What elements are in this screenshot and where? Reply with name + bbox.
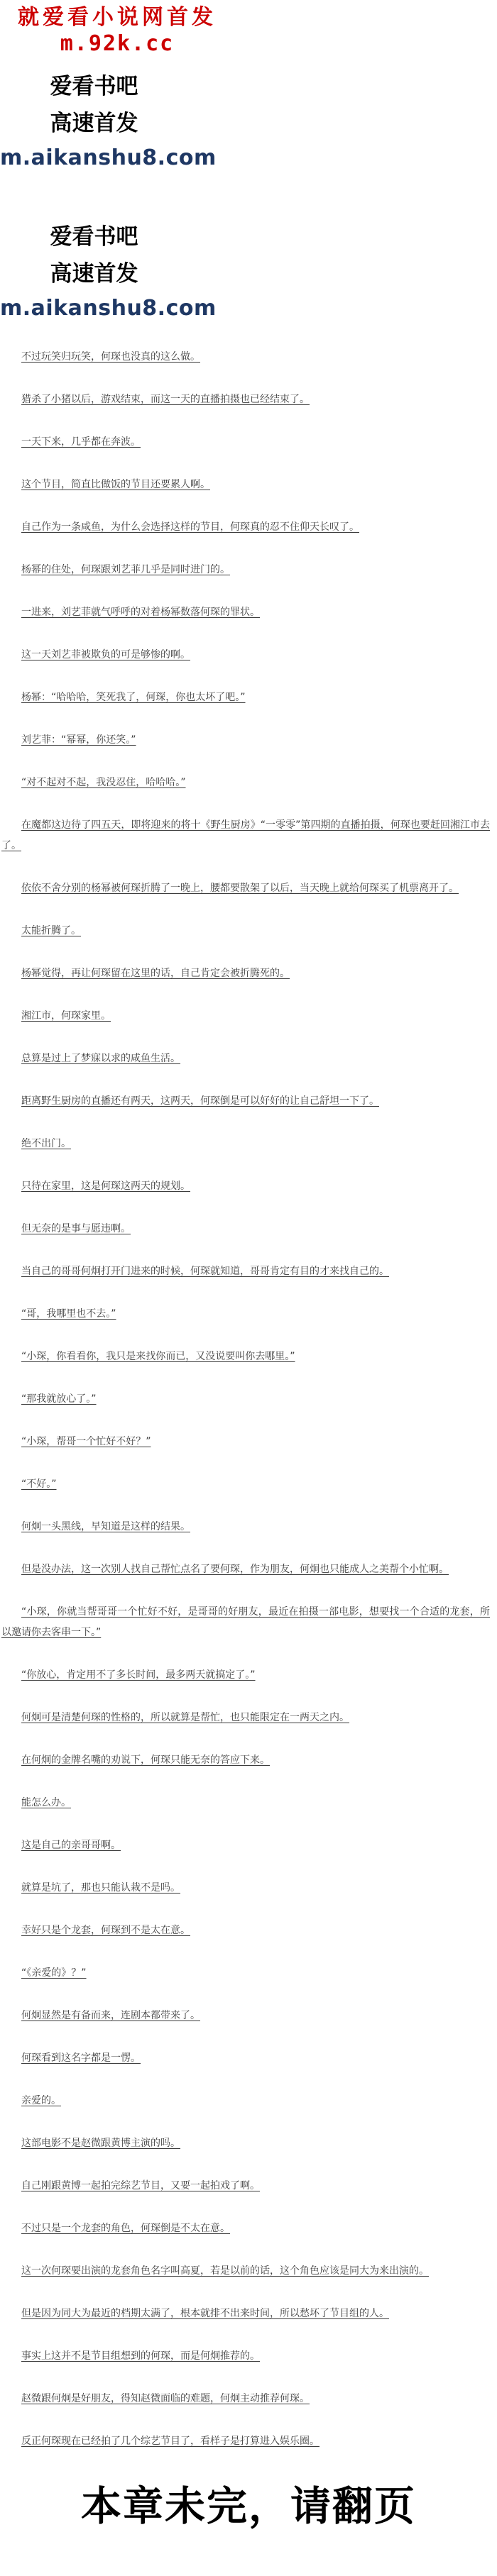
novel-paragraph: 能怎么办。 — [1, 1793, 490, 1813]
novel-paragraph: 杨幂觉得，再让何琛留在这里的话，自己肯定会被折腾死的。 — [1, 963, 490, 984]
novel-paragraph: 太能折腾了。 — [1, 921, 490, 941]
novel-paragraph: 总算是过上了梦寐以求的咸鱼生活。 — [1, 1049, 490, 1069]
novel-paragraph: 亲爱的。 — [1, 2091, 490, 2111]
novel-paragraph: “哥，我哪里也不去。” — [1, 1304, 490, 1325]
chapter-body: 不过玩笑归玩笑，何琛也没真的这么做。 猎杀了小猪以后，游戏结束，而这一天的直播拍… — [0, 347, 497, 2452]
promo-site-url: m.aikanshu8.com — [0, 292, 188, 325]
novel-paragraph: 自己刚跟黄博一起拍完综艺节目，又要一起拍戏了啊。 — [1, 2176, 490, 2196]
novel-paragraph: “对不起对不起，我没忍住，哈哈哈。” — [1, 773, 490, 793]
novel-paragraph: 幸好只是个龙套，何琛到不是太在意。 — [1, 1920, 490, 1941]
novel-paragraph: 事实上这并不是节目组想到的何琛，而是何炯推荐的。 — [1, 2346, 490, 2367]
promo-site-name: 爱看书吧 — [0, 219, 188, 255]
novel-paragraph: “小琛，帮哥一个忙好不好？” — [1, 1432, 490, 1452]
novel-paragraph: 何琛看到这名字都是一愣。 — [1, 2048, 490, 2069]
novel-paragraph: 在魔都这边待了四五天，即将迎来的将十《野生厨房》“一零零”第四期的直播拍摄，何琛… — [1, 815, 490, 856]
novel-paragraph: 依依不舍分别的杨幂被何琛折腾了一晚上，腰都要散架了以后，当天晚上就给何琛买了机票… — [1, 878, 490, 899]
novel-paragraph: 绝不出门。 — [1, 1134, 490, 1154]
novel-paragraph: “《亲爱的》？” — [1, 1963, 490, 1984]
novel-paragraph: “小琛，你就当帮哥哥一个忙好不好，是哥哥的好朋友，最近在拍摄一部电影，想要找一个… — [1, 1602, 490, 1643]
novel-paragraph: 赵微跟何炯是好朋友，得知赵微面临的难题，何炯主动推荐何琛。 — [1, 2389, 490, 2409]
novel-paragraph: 当自己的哥哥何炯打开门进来的时候，何琛就知道，哥哥肯定有目的才来找自己的。 — [1, 1261, 490, 1282]
novel-paragraph: 但无奈的是事与愿违啊。 — [1, 1219, 490, 1239]
promo-block-1: 爱看书吧 高速首发 m.aikanshu8.com — [0, 68, 188, 175]
novel-paragraph: 就算是坑了，那也只能认栽不是吗。 — [1, 1878, 490, 1898]
novel-paragraph: “你放心，肯定用不了多长时间，最多两天就搞定了。” — [1, 1665, 490, 1686]
novel-paragraph: 杨幂的住处，何琛跟刘艺菲几乎是同时进门的。 — [1, 560, 490, 580]
watermark-site-title: 就爱看小说网首发 — [0, 4, 234, 31]
novel-paragraph: 这是自己的亲哥哥啊。 — [1, 1835, 490, 1856]
promo-tagline: 高速首发 — [0, 255, 188, 292]
novel-paragraph: 这部电影不是赵微跟黄博主演的吗。 — [1, 2133, 490, 2154]
novel-paragraph: “小琛，你看看你，我只是来找你而已，又没说要叫你去哪里。” — [1, 1347, 490, 1367]
novel-paragraph: “那我就放心了。” — [1, 1389, 490, 1410]
novel-paragraph: 这个节目，简直比做饭的节目还要累人啊。 — [1, 475, 490, 495]
novel-paragraph: 但是因为同大为最近的档期太满了，根本就排不出来时间，所以愁坏了节目组的人。 — [1, 2304, 490, 2324]
page-end-notice[interactable]: 本章未完，请翻页 — [0, 2474, 497, 2532]
site-watermark: 就爱看小说网首发 m.92k.cc — [0, 0, 234, 57]
novel-paragraph: 刘艺菲：“幂幂，你还笑。” — [1, 730, 490, 751]
novel-paragraph: 一进来，刘艺菲就气呼呼的对着杨幂数落何琛的罪状。 — [1, 602, 490, 623]
promo-tagline: 高速首发 — [0, 105, 188, 142]
novel-paragraph: 在何炯的金牌名嘴的劝说下，何琛只能无奈的答应下来。 — [1, 1750, 490, 1771]
watermark-site-url: m.92k.cc — [0, 31, 234, 57]
novel-paragraph: 距离野生厨房的直播还有两天，这两天，何琛倒是可以好好的让自己舒坦一下了。 — [1, 1091, 490, 1112]
novel-paragraph: 反正何琛现在已经拍了几个综艺节目了，看样子是打算进入娱乐圈。 — [1, 2431, 490, 2452]
novel-paragraph: 这一天刘艺菲被欺负的可是够惨的啊。 — [1, 645, 490, 665]
novel-paragraph: 但是没办法，这一次别人找自己帮忙点名了要何琛，作为朋友，何炯也只能成人之美帮个小… — [1, 1559, 490, 1580]
novel-paragraph: “不好。” — [1, 1474, 490, 1495]
novel-paragraph: 湘江市，何琛家里。 — [1, 1006, 490, 1027]
novel-paragraph: 不过只是一个龙套的角色，何琛倒是不太在意。 — [1, 2218, 490, 2239]
novel-paragraph: 何炯一头黑线，早知道是这样的结果。 — [1, 1517, 490, 1537]
promo-block-2: 爱看书吧 高速首发 m.aikanshu8.com — [0, 219, 188, 325]
novel-reader-page: 就爱看小说网首发 m.92k.cc 爱看书吧 高速首发 m.aikanshu8.… — [0, 0, 497, 2576]
novel-paragraph: 一天下来，几乎都在奔波。 — [1, 432, 490, 453]
novel-paragraph: 自己作为一条咸鱼，为什么会选择这样的节目，何琛真的忍不住仰天长叹了。 — [1, 517, 490, 538]
promo-site-url: m.aikanshu8.com — [0, 142, 188, 175]
novel-paragraph: 杨幂：“哈哈哈，笑死我了，何琛，你也太坏了吧。” — [1, 687, 490, 708]
novel-paragraph: 这一次何琛要出演的龙套角色名字叫高夏，若是以前的话，这个角色应该是同大为来出演的… — [1, 2261, 490, 2282]
novel-paragraph: 只待在家里，这是何琛这两天的规划。 — [1, 1176, 490, 1197]
novel-paragraph: 不过玩笑归玩笑，何琛也没真的这么做。 — [1, 347, 490, 367]
promo-site-name: 爱看书吧 — [0, 68, 188, 105]
novel-paragraph: 何炯显然是有备而来，连剧本都带来了。 — [1, 2006, 490, 2026]
novel-paragraph: 猎杀了小猪以后，游戏结束，而这一天的直播拍摄也已经结束了。 — [1, 389, 490, 410]
novel-paragraph: 何炯可是清楚何琛的性格的，所以就算是帮忙，也只能限定在一两天之内。 — [1, 1708, 490, 1728]
